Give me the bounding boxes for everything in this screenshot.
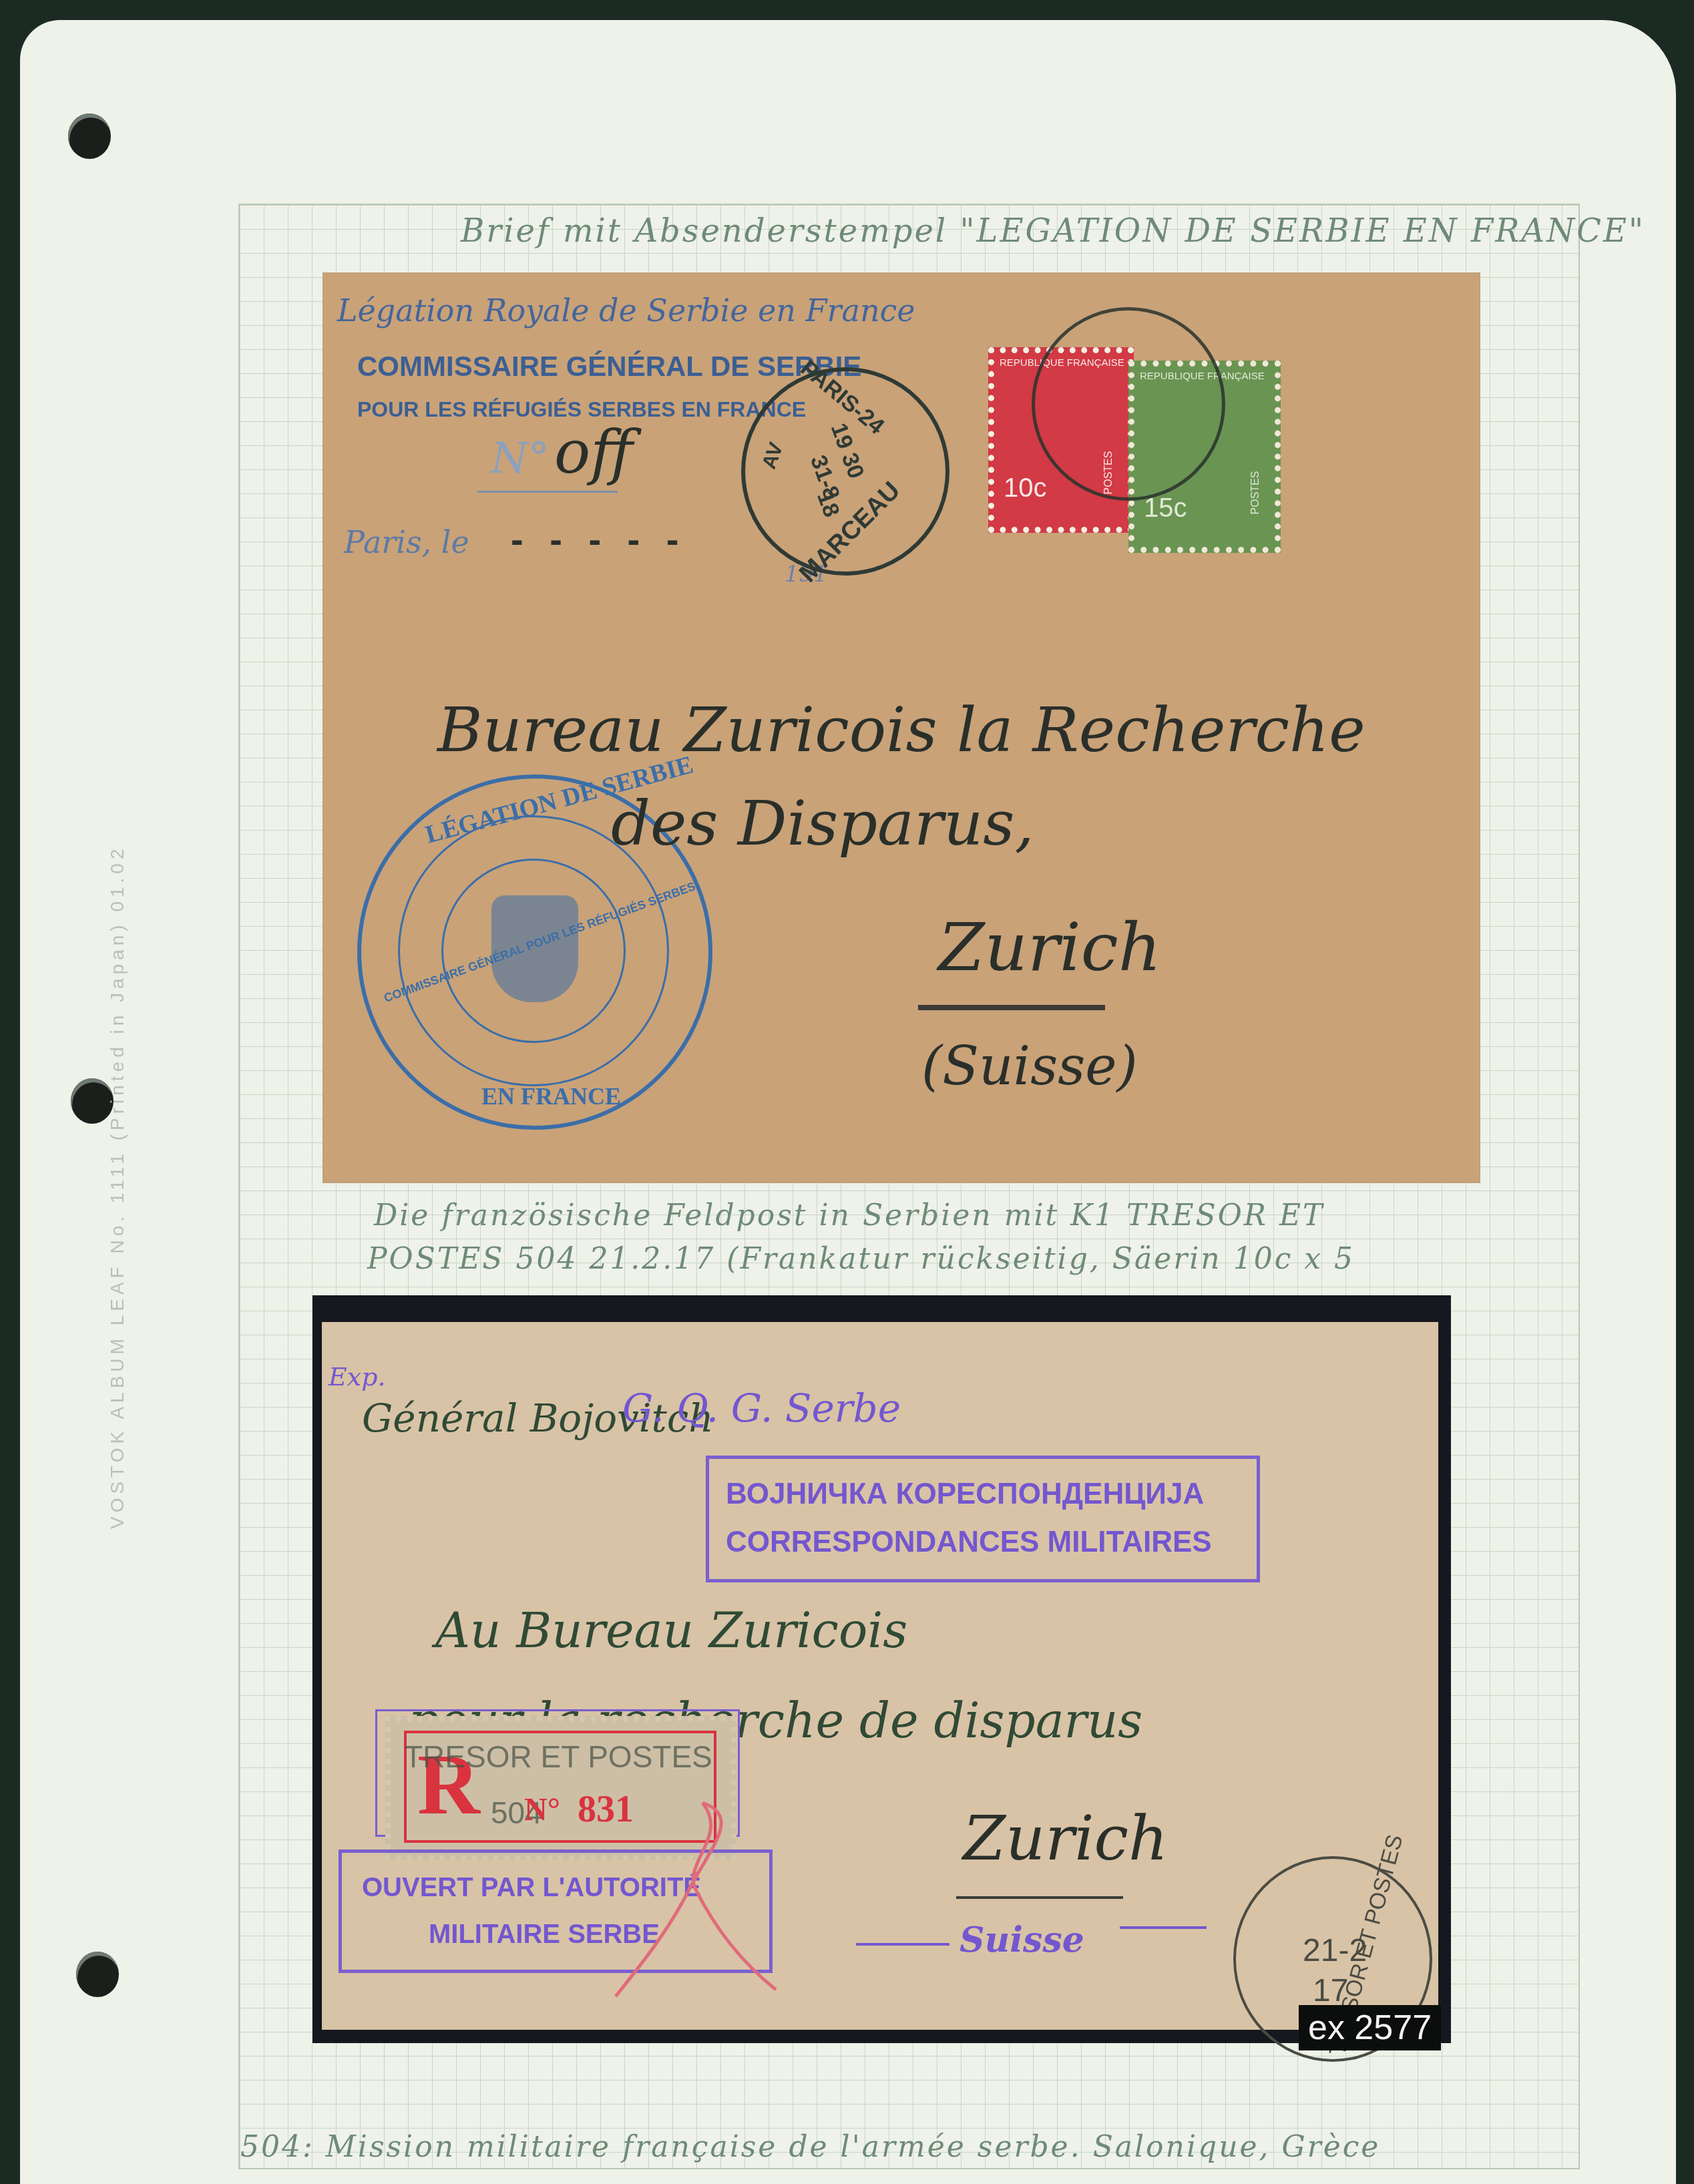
number-value: off — [554, 417, 633, 487]
cover-feldpost: Exp. Général Bojovitch G. Q. G. Serbe ВО… — [322, 1322, 1438, 2030]
binder-hole-top — [68, 114, 111, 159]
top-annotation: Brief mit Absenderstempel "LEGATION DE S… — [461, 212, 1645, 250]
place-dashes: - - - - - — [511, 517, 686, 561]
stamp-cancel — [1032, 307, 1225, 501]
bottom-annotation: 504: Mission militaire française de l'ar… — [240, 2130, 1380, 2164]
album-imprint: VOSTOK ALBUM LEAF No. 1111 (Printed in J… — [107, 845, 128, 1529]
sender-unit: G. Q. G. Serbe — [622, 1385, 901, 1431]
address-country: (Suisse) — [921, 1035, 1138, 1097]
middle-annotation-line2: POSTES 504 21.2.17 (Frankatur rückseitig… — [367, 1242, 1355, 1276]
address-city: Zurich — [938, 908, 1161, 986]
paris-postmark: PARIS-24 AV 19 30 31-8 18 MARCEAU — [741, 367, 949, 576]
address-line1: Bureau Zuricois la Recherche — [437, 694, 1365, 766]
letterhead-script: Légation Royale de Serbie en France — [337, 292, 915, 329]
address-line2: des Disparus, — [611, 788, 1034, 859]
address-country: Suisse — [960, 1920, 1084, 1960]
inventory-tag: ex 2577 — [1299, 2005, 1441, 2050]
military-correspondence-stamp: ВОЈНИЧКА КОРЕСПОНДЕНЦИЈА CORRESPONDANCES… — [706, 1456, 1260, 1582]
place-label: Paris, le — [344, 524, 469, 560]
number-label: N° — [491, 434, 550, 483]
address-line1: Au Bureau Zuricois — [435, 1602, 907, 1659]
red-censor-scribble-icon — [602, 1789, 789, 2010]
address-city: Zurich — [963, 1803, 1168, 1874]
sender-prefix: Exp. — [329, 1362, 386, 1391]
middle-annotation-line1: Die französische Feldpost in Serbien mit… — [374, 1198, 1324, 1233]
letterhead-line1: COMMISSAIRE GÉNÉRAL DE SERBIE — [357, 351, 861, 383]
binder-hole-bottom — [76, 1952, 119, 1997]
cover-legation: Légation Royale de Serbie en France COMM… — [324, 274, 1479, 1182]
